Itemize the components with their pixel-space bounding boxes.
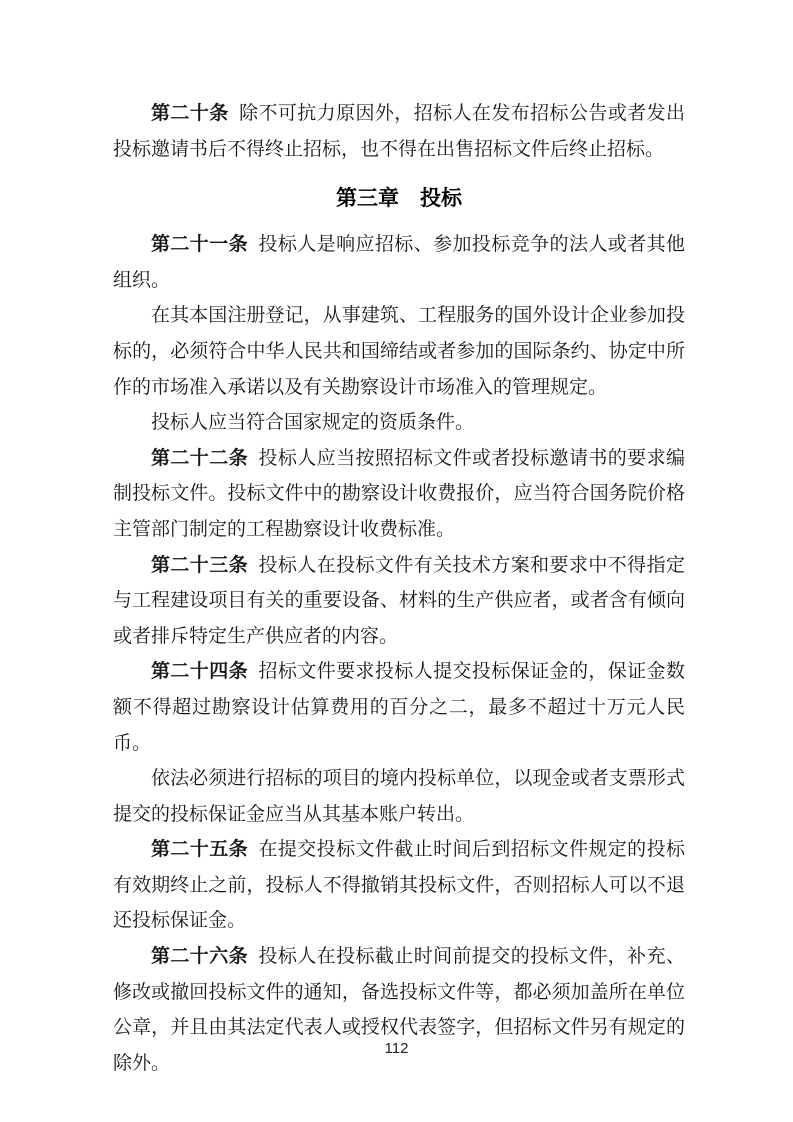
article-paragraph: 第二十六条投标人在投标截止时间前提交的投标文件，补充、修改或撤回投标文件的通知，… (113, 939, 685, 1081)
article-number: 第二十条 (151, 103, 229, 124)
article-number: 第二十四条 (151, 661, 248, 682)
article-paragraph: 第二十一条投标人是响应招标、参加投标竞争的法人或者其他组织。 (113, 227, 685, 298)
body-paragraph: 投标人应当符合国家规定的资质条件。 (113, 405, 685, 441)
article-paragraph: 第二十二条投标人应当按照招标文件或者投标邀请书的要求编制投标文件。投标文件中的勘… (113, 441, 685, 548)
article-number: 第二十二条 (151, 448, 248, 469)
paragraph-text: 在其本国注册登记，从事建筑、工程服务的国外设计企业参加投标的，必须符合中华人民共… (113, 305, 685, 397)
article-paragraph: 第二十条除不可抗力原因外，招标人在发布招标公告或者发出投标邀请书后不得终止招标，… (113, 96, 685, 167)
chapter-heading: 第三章 投标 (113, 182, 685, 216)
article-number: 第二十五条 (151, 839, 248, 860)
paragraph-text: 投标人应当符合国家规定的资质条件。 (151, 412, 474, 433)
document-page: 第二十条除不可抗力原因外，招标人在发布招标公告或者发出投标邀请书后不得终止招标，… (0, 0, 793, 1122)
page-number: 112 (0, 1040, 793, 1057)
article-paragraph: 第二十五条在提交投标文件截止时间后到招标文件规定的投标有效期终止之前，投标人不得… (113, 832, 685, 939)
article-paragraph: 第二十四条招标文件要求投标人提交投标保证金的，保证金数额不得超过勘察设计估算费用… (113, 654, 685, 761)
article-paragraph: 第二十三条投标人在投标文件有关技术方案和要求中不得指定与工程建设项目有关的重要设… (113, 548, 685, 655)
article-number: 第二十三条 (151, 555, 248, 576)
body-paragraph: 依法必须进行招标的项目的境内投标单位，以现金或者支票形式提交的投标保证金应当从其… (113, 761, 685, 832)
article-number: 第二十一条 (151, 234, 248, 255)
paragraph-text: 依法必须进行招标的项目的境内投标单位，以现金或者支票形式提交的投标保证金应当从其… (113, 768, 685, 825)
body-paragraph: 在其本国注册登记，从事建筑、工程服务的国外设计企业参加投标的，必须符合中华人民共… (113, 298, 685, 405)
article-number: 第二十六条 (151, 946, 248, 967)
document-content: 第二十条除不可抗力原因外，招标人在发布招标公告或者发出投标邀请书后不得终止招标，… (113, 96, 685, 1081)
